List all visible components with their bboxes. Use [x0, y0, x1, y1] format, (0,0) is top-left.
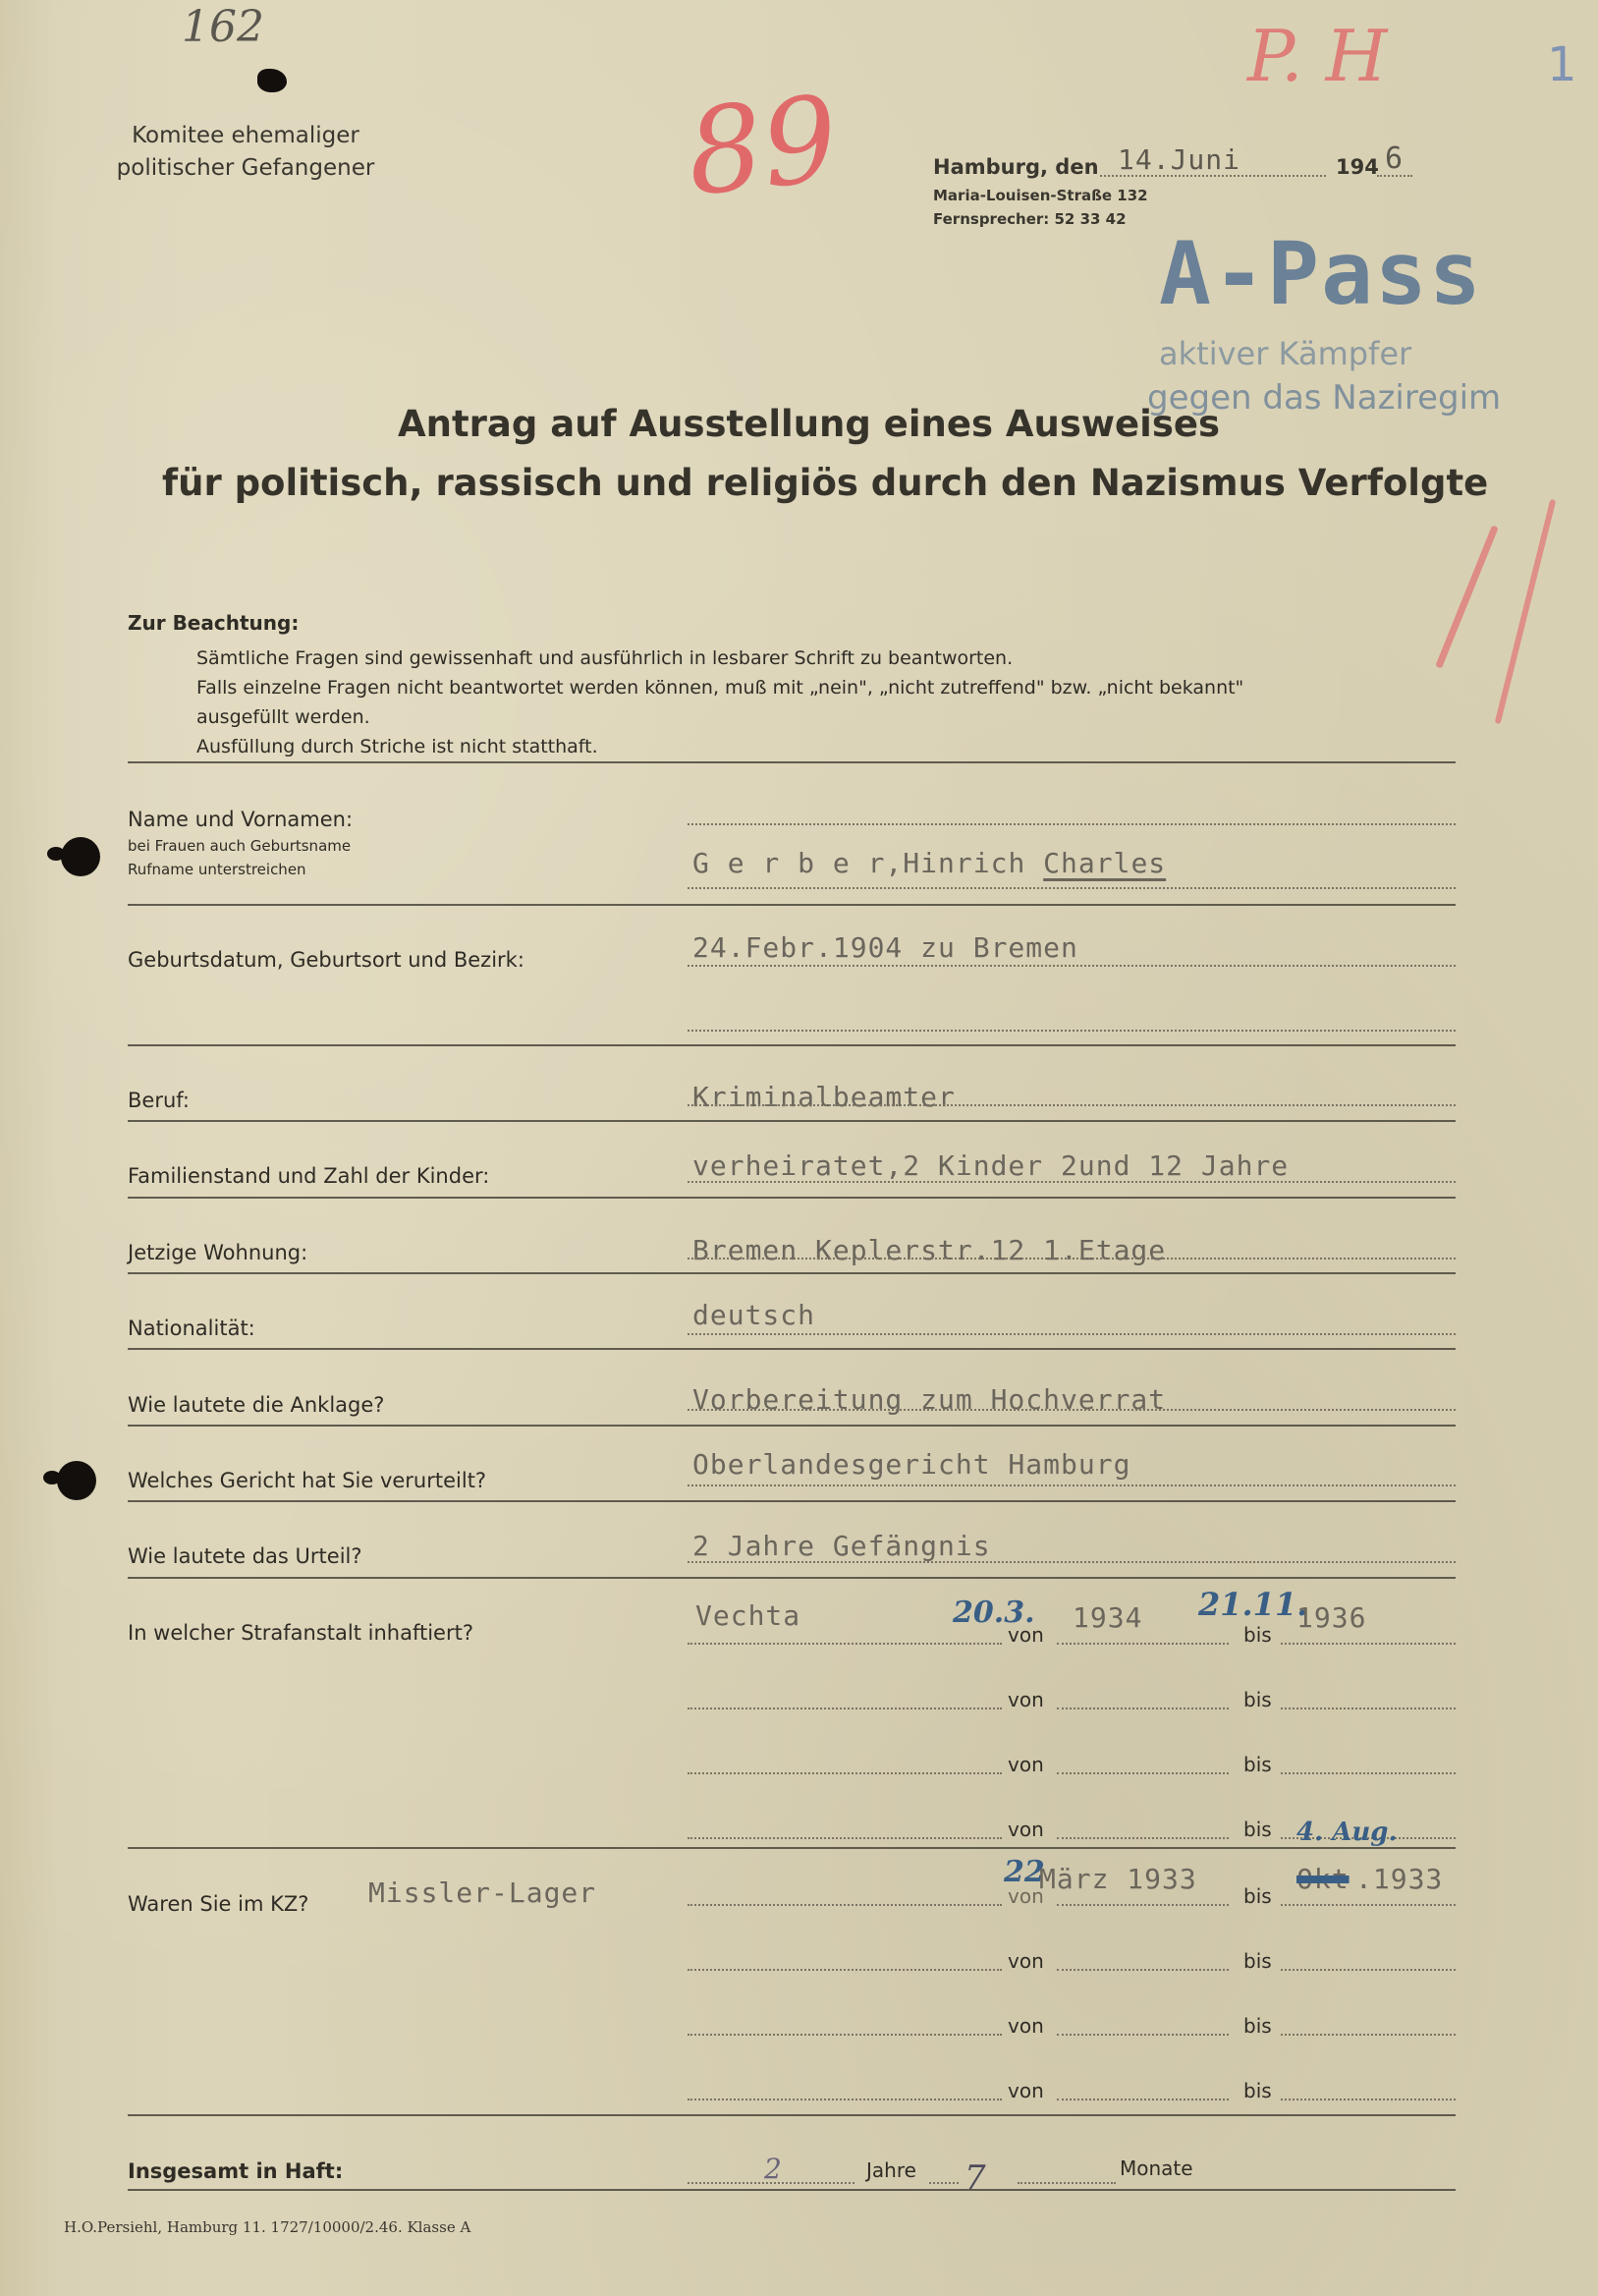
place-dotted-line	[688, 1772, 1002, 1774]
notice-body: Sämtliche Fragen sind gewissenhaft und a…	[196, 644, 1243, 761]
prison-row[interactable]: von bis	[688, 1656, 1456, 1715]
to-dotted-line	[1281, 2099, 1456, 2100]
court-value[interactable]: Oberlandesgericht Hamburg	[692, 1448, 1130, 1481]
family-dotted-line	[688, 1181, 1456, 1183]
bis-label: bis	[1243, 1688, 1272, 1711]
from-dotted-line	[1057, 2034, 1229, 2036]
court-label: Welches Gericht hat Sie verurteilt?	[128, 1469, 486, 1492]
surname: G e r b e r,	[692, 847, 903, 879]
form-title-line2: für politisch, rassisch und religiös dur…	[162, 462, 1488, 504]
prison-from-year: 1934	[1073, 1601, 1142, 1634]
divider	[128, 1120, 1456, 1122]
blue-mark: 1	[1547, 37, 1577, 92]
months-dotted-line-1	[929, 2182, 959, 2184]
family-value[interactable]: verheiratet,2 Kinder 2und 12 Jahre	[692, 1149, 1289, 1182]
prison-to-handwritten: 21.11.	[1198, 1586, 1307, 1623]
name-sub1: bei Frauen auch Geburtsname	[128, 837, 351, 855]
notice-line: Ausfüllung durch Striche ist nicht statt…	[196, 732, 1243, 761]
red-slash-mark-2	[1495, 499, 1557, 724]
occupation-dotted-line	[688, 1104, 1456, 1106]
months-value: 7	[964, 2158, 986, 2198]
camp-to-struck: Okt	[1296, 1863, 1350, 1895]
name-dotted-line-2	[688, 887, 1456, 889]
organization-name: Komitee ehemaliger politischer Gefangene…	[98, 120, 393, 185]
court-dotted-line	[688, 1484, 1456, 1486]
camp-label: Waren Sie im KZ?	[128, 1892, 308, 1916]
form-title-line1: Antrag auf Ausstellung eines Ausweises	[398, 403, 1220, 445]
months-dotted-line-2	[1018, 2182, 1116, 2184]
name-sub2: Rufname unterstreichen	[128, 861, 306, 878]
year-prefix: 194	[1336, 155, 1379, 179]
to-dotted-line	[1281, 1772, 1456, 1774]
bis-label: bis	[1243, 2014, 1272, 2038]
birth-dotted-line-1	[688, 965, 1456, 967]
residence-dotted-line	[688, 1258, 1456, 1260]
place-label: Hamburg, den	[933, 155, 1099, 179]
bis-label: bis	[1243, 1753, 1272, 1776]
from-dotted-line	[1057, 2099, 1229, 2100]
divider	[128, 2114, 1456, 2116]
bis-label: bis	[1243, 2079, 1272, 2102]
nationality-label: Nationalität:	[128, 1316, 255, 1340]
bis-label: bis	[1243, 1949, 1272, 1973]
notice-line: Sämtliche Fragen sind gewissenhaft und a…	[196, 644, 1243, 673]
divider	[128, 904, 1456, 906]
organization-line2: politischer Gefangener	[98, 152, 393, 185]
prison-to-year: 1936	[1296, 1601, 1366, 1634]
archive-number: 162	[182, 2, 264, 52]
red-file-number: 89	[682, 81, 843, 213]
from-dotted-line	[1057, 1969, 1229, 1971]
prison-label: In welcher Strafanstalt inhaftiert?	[128, 1621, 473, 1645]
place-dotted-line	[688, 1969, 1002, 1971]
name-dotted-line-1	[688, 823, 1456, 825]
camp-from-date: März 1933	[1039, 1863, 1197, 1895]
phone: Fernsprecher: 52 33 42	[933, 210, 1127, 228]
to-dotted-line	[1281, 1708, 1456, 1709]
divider	[128, 1348, 1456, 1350]
total-label: Insgesamt in Haft:	[128, 2159, 343, 2183]
divider	[128, 2189, 1456, 2191]
from-dotted-line	[1057, 1643, 1229, 1645]
punch-hole	[57, 1461, 96, 1500]
stamp-title: A-Pass	[1159, 231, 1571, 317]
camp-to-handwritten: 4. Aug.	[1296, 1818, 1398, 1847]
from-dotted-line	[1057, 1772, 1229, 1774]
name-label: Name und Vornamen:	[128, 808, 353, 831]
from-dotted-line	[1057, 1904, 1229, 1906]
to-dotted-line	[1281, 1643, 1456, 1645]
to-dotted-line	[1281, 1904, 1456, 1906]
verdict-dotted-line	[688, 1561, 1456, 1563]
date-value: 14.Juni	[1118, 143, 1240, 176]
birth-value[interactable]: 24.Febr.1904 zu Bremen	[692, 931, 1078, 964]
von-label: von	[1008, 1623, 1044, 1647]
nationality-dotted-line	[688, 1333, 1456, 1335]
place-dotted-line	[688, 1837, 1002, 1839]
bis-label: bis	[1243, 1623, 1272, 1647]
nationality-value[interactable]: deutsch	[692, 1299, 815, 1331]
notice-line: ausgefüllt werden.	[196, 702, 1243, 732]
charge-value[interactable]: Vorbereitung zum Hochverrat	[692, 1383, 1166, 1416]
divider	[128, 1197, 1456, 1199]
to-dotted-line	[1281, 1969, 1456, 1971]
camp-value[interactable]: Missler-Lager	[368, 1876, 596, 1909]
from-dotted-line	[1057, 1837, 1229, 1839]
charge-dotted-line	[688, 1409, 1456, 1411]
place-dotted-line	[688, 1708, 1002, 1709]
divider	[128, 1272, 1456, 1274]
prison-row[interactable]: von bis	[688, 1721, 1456, 1780]
von-label: von	[1008, 1688, 1044, 1711]
punch-hole	[61, 837, 100, 876]
camp-row[interactable]: von bis	[688, 1977, 1456, 2042]
place-dotted-line	[688, 1904, 1002, 1906]
divider	[128, 1044, 1456, 1046]
camp-row[interactable]: von bis	[688, 1912, 1456, 1977]
rufname: Charles	[1043, 847, 1166, 879]
von-label: von	[1008, 2079, 1044, 2102]
verdict-label: Wie lautete das Urteil?	[128, 1544, 362, 1568]
verdict-value[interactable]: 2 Jahre Gefängnis	[692, 1530, 991, 1562]
bis-label: bis	[1243, 1884, 1272, 1908]
to-dotted-line	[1281, 2034, 1456, 2036]
place-dotted-line	[688, 2099, 1002, 2100]
divider	[128, 1577, 1456, 1579]
years-value: 2	[764, 2153, 782, 2185]
a-pass-stamp: A-Pass aktiver Kämpfer gegen das Nazireg…	[1159, 231, 1571, 418]
divider	[128, 1500, 1456, 1502]
occupation-value[interactable]: Kriminalbeamter	[692, 1081, 956, 1113]
divider	[128, 1425, 1456, 1427]
years-label: Jahre	[866, 2158, 916, 2182]
printer-imprint: H.O.Persiehl, Hamburg 11. 1727/10000/2.4…	[64, 2218, 470, 2236]
notice-line: Falls einzelne Fragen nicht beantwortet …	[196, 673, 1243, 702]
from-dotted-line	[1057, 1708, 1229, 1709]
organization-line1: Komitee ehemaliger	[98, 120, 393, 152]
stamp-line1: aktiver Kämpfer	[1159, 335, 1571, 372]
von-label: von	[1008, 1949, 1044, 1973]
name-value[interactable]: G e r b e r,Hinrich Charles	[692, 847, 1166, 879]
given-name: Hinrich	[903, 847, 1043, 879]
camp-row[interactable]: von bis	[688, 2042, 1456, 2106]
family-label: Familienstand und Zahl der Kinder:	[128, 1164, 489, 1188]
birth-label: Geburtsdatum, Geburtsort und Bezirk:	[128, 948, 524, 972]
von-label: von	[1008, 1818, 1044, 1841]
punch-hole-top	[257, 69, 287, 92]
bis-label: bis	[1243, 1818, 1272, 1841]
camp-to-year: .1933	[1355, 1863, 1443, 1895]
von-label: von	[1008, 1753, 1044, 1776]
place-dotted-line	[688, 2034, 1002, 2036]
months-label: Monate	[1120, 2156, 1193, 2180]
red-slash-mark-1	[1435, 525, 1499, 668]
notice-heading: Zur Beachtung:	[128, 611, 299, 635]
prison-place: Vechta	[695, 1599, 800, 1632]
prison-row[interactable]: Vechta 20.3. von 1934 21.11. bis 1936	[688, 1592, 1456, 1651]
residence-value[interactable]: Bremen Keplerstr.12 1.Etage	[692, 1234, 1166, 1266]
address: Maria-Louisen-Straße 132	[933, 187, 1148, 204]
place-dotted-line	[688, 1643, 1002, 1645]
red-initials: P. H	[1247, 15, 1387, 97]
occupation-label: Beruf:	[128, 1089, 190, 1112]
divider	[128, 761, 1456, 763]
von-label: von	[1008, 2014, 1044, 2038]
charge-label: Wie lautete die Anklage?	[128, 1393, 384, 1417]
date-line: Hamburg, den 14.Juni 194 6	[933, 147, 1463, 183]
year-suffix: 6	[1385, 141, 1404, 176]
birth-dotted-line-2	[688, 1030, 1456, 1032]
residence-label: Jetzige Wohnung:	[128, 1241, 307, 1264]
camp-row[interactable]: 22 von März 1933 bis 4. Aug. Okt .1933	[688, 1847, 1456, 1912]
